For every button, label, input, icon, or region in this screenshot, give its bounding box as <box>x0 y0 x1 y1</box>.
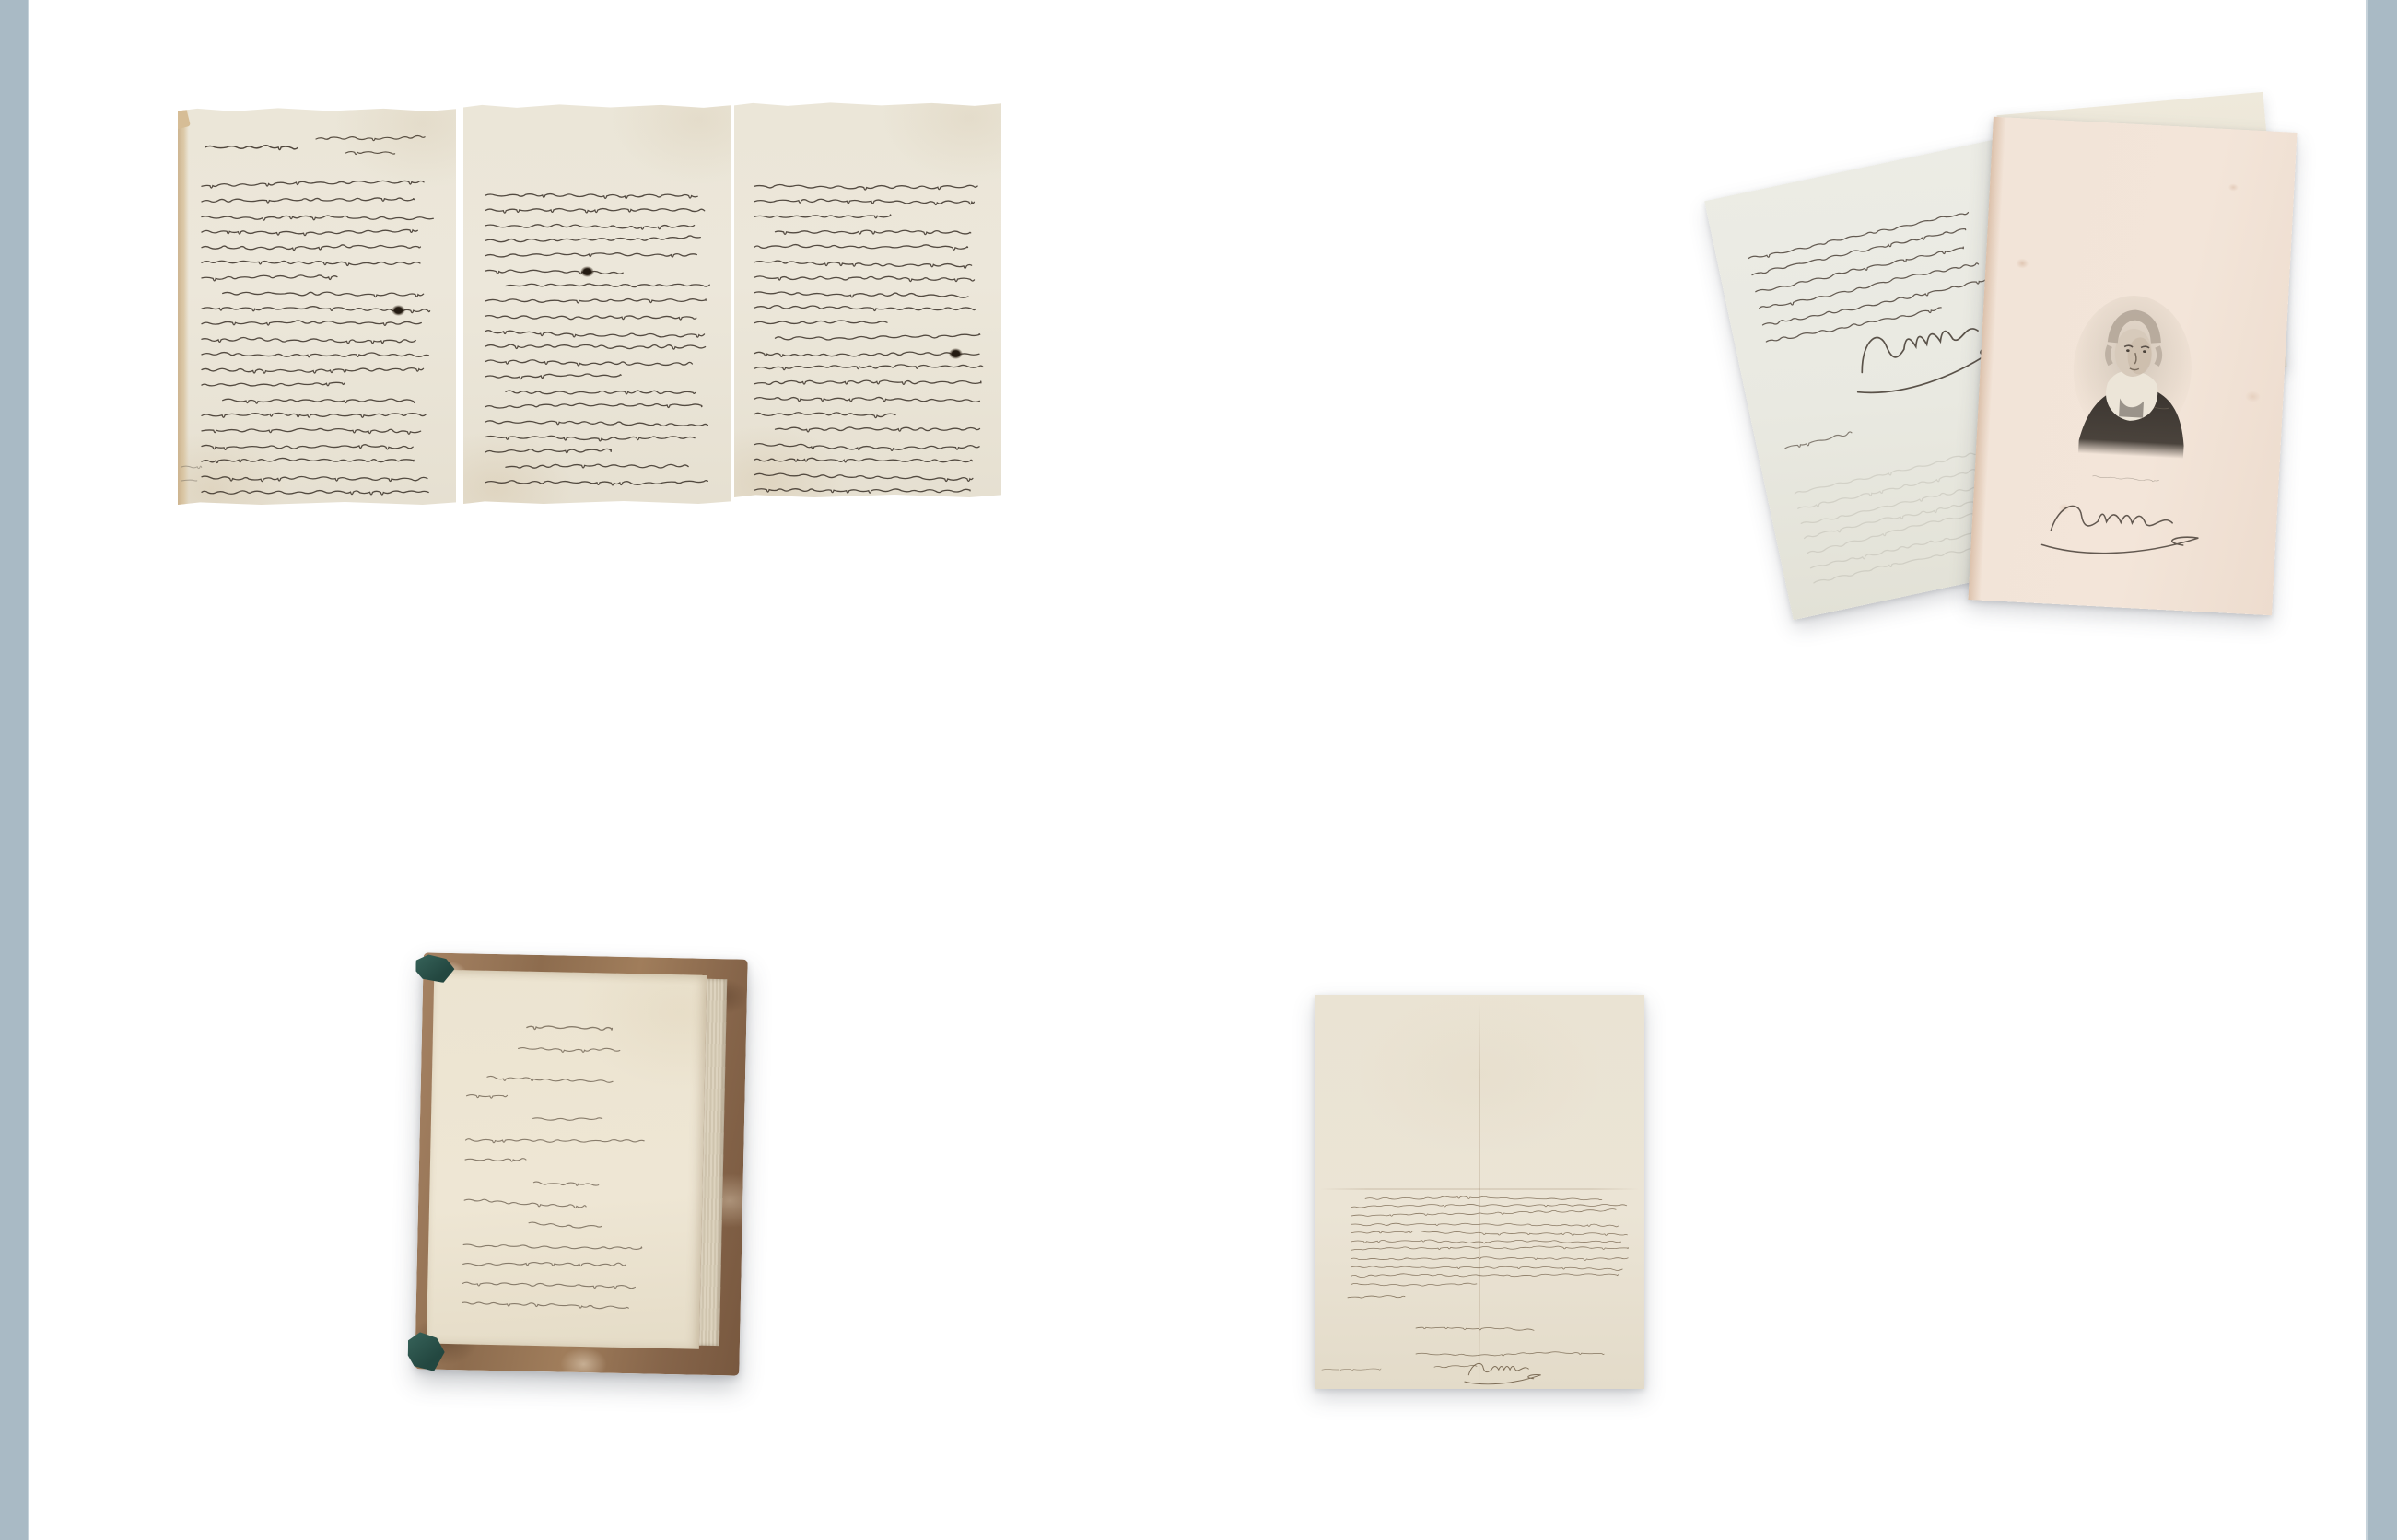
letter-dateline <box>316 128 425 167</box>
horizontal-fold-crease <box>1320 1188 1639 1190</box>
letter-body-text <box>754 174 985 495</box>
torn-corner <box>170 102 191 129</box>
pencil-mark <box>181 456 204 491</box>
letter-leaf-2 <box>463 104 731 504</box>
letter-leaf-1 <box>178 108 456 505</box>
humble-servant-line <box>1416 1347 1604 1358</box>
note-body-text <box>1746 197 1993 355</box>
engraved-portrait-plate <box>1968 117 2297 616</box>
portrait-engraving <box>2064 285 2202 466</box>
plate-signature-flourish <box>2040 496 2208 561</box>
letter-body-text <box>202 174 434 498</box>
right-margin-strip <box>2366 0 2397 1540</box>
serviteur-line <box>1434 1360 1477 1370</box>
left-margin-strip <box>0 0 29 1540</box>
closing-salutation <box>1348 1289 1405 1302</box>
ink-seal-blot <box>392 305 405 316</box>
vertical-fold-crease <box>1479 1002 1480 1382</box>
letter-leaf-3 <box>734 102 1001 497</box>
plate-caption <box>2092 469 2159 484</box>
folded-letter-page <box>1315 995 1644 1389</box>
play-manuscript-text <box>462 1010 671 1323</box>
book-binding <box>415 952 747 1375</box>
note-docket-word <box>1783 423 1853 455</box>
signature-flourish <box>1464 1359 1545 1385</box>
respect-line <box>1416 1321 1534 1333</box>
book-open-page <box>427 970 707 1349</box>
letter-body-text <box>1351 1192 1630 1286</box>
letter-body-text <box>485 183 710 498</box>
letter-heading-initials <box>205 135 298 157</box>
ink-seal-blot <box>949 348 963 359</box>
ink-seal-blot <box>580 266 594 277</box>
dateline <box>1322 1363 1381 1373</box>
catalogue-plate <box>0 0 2397 1540</box>
